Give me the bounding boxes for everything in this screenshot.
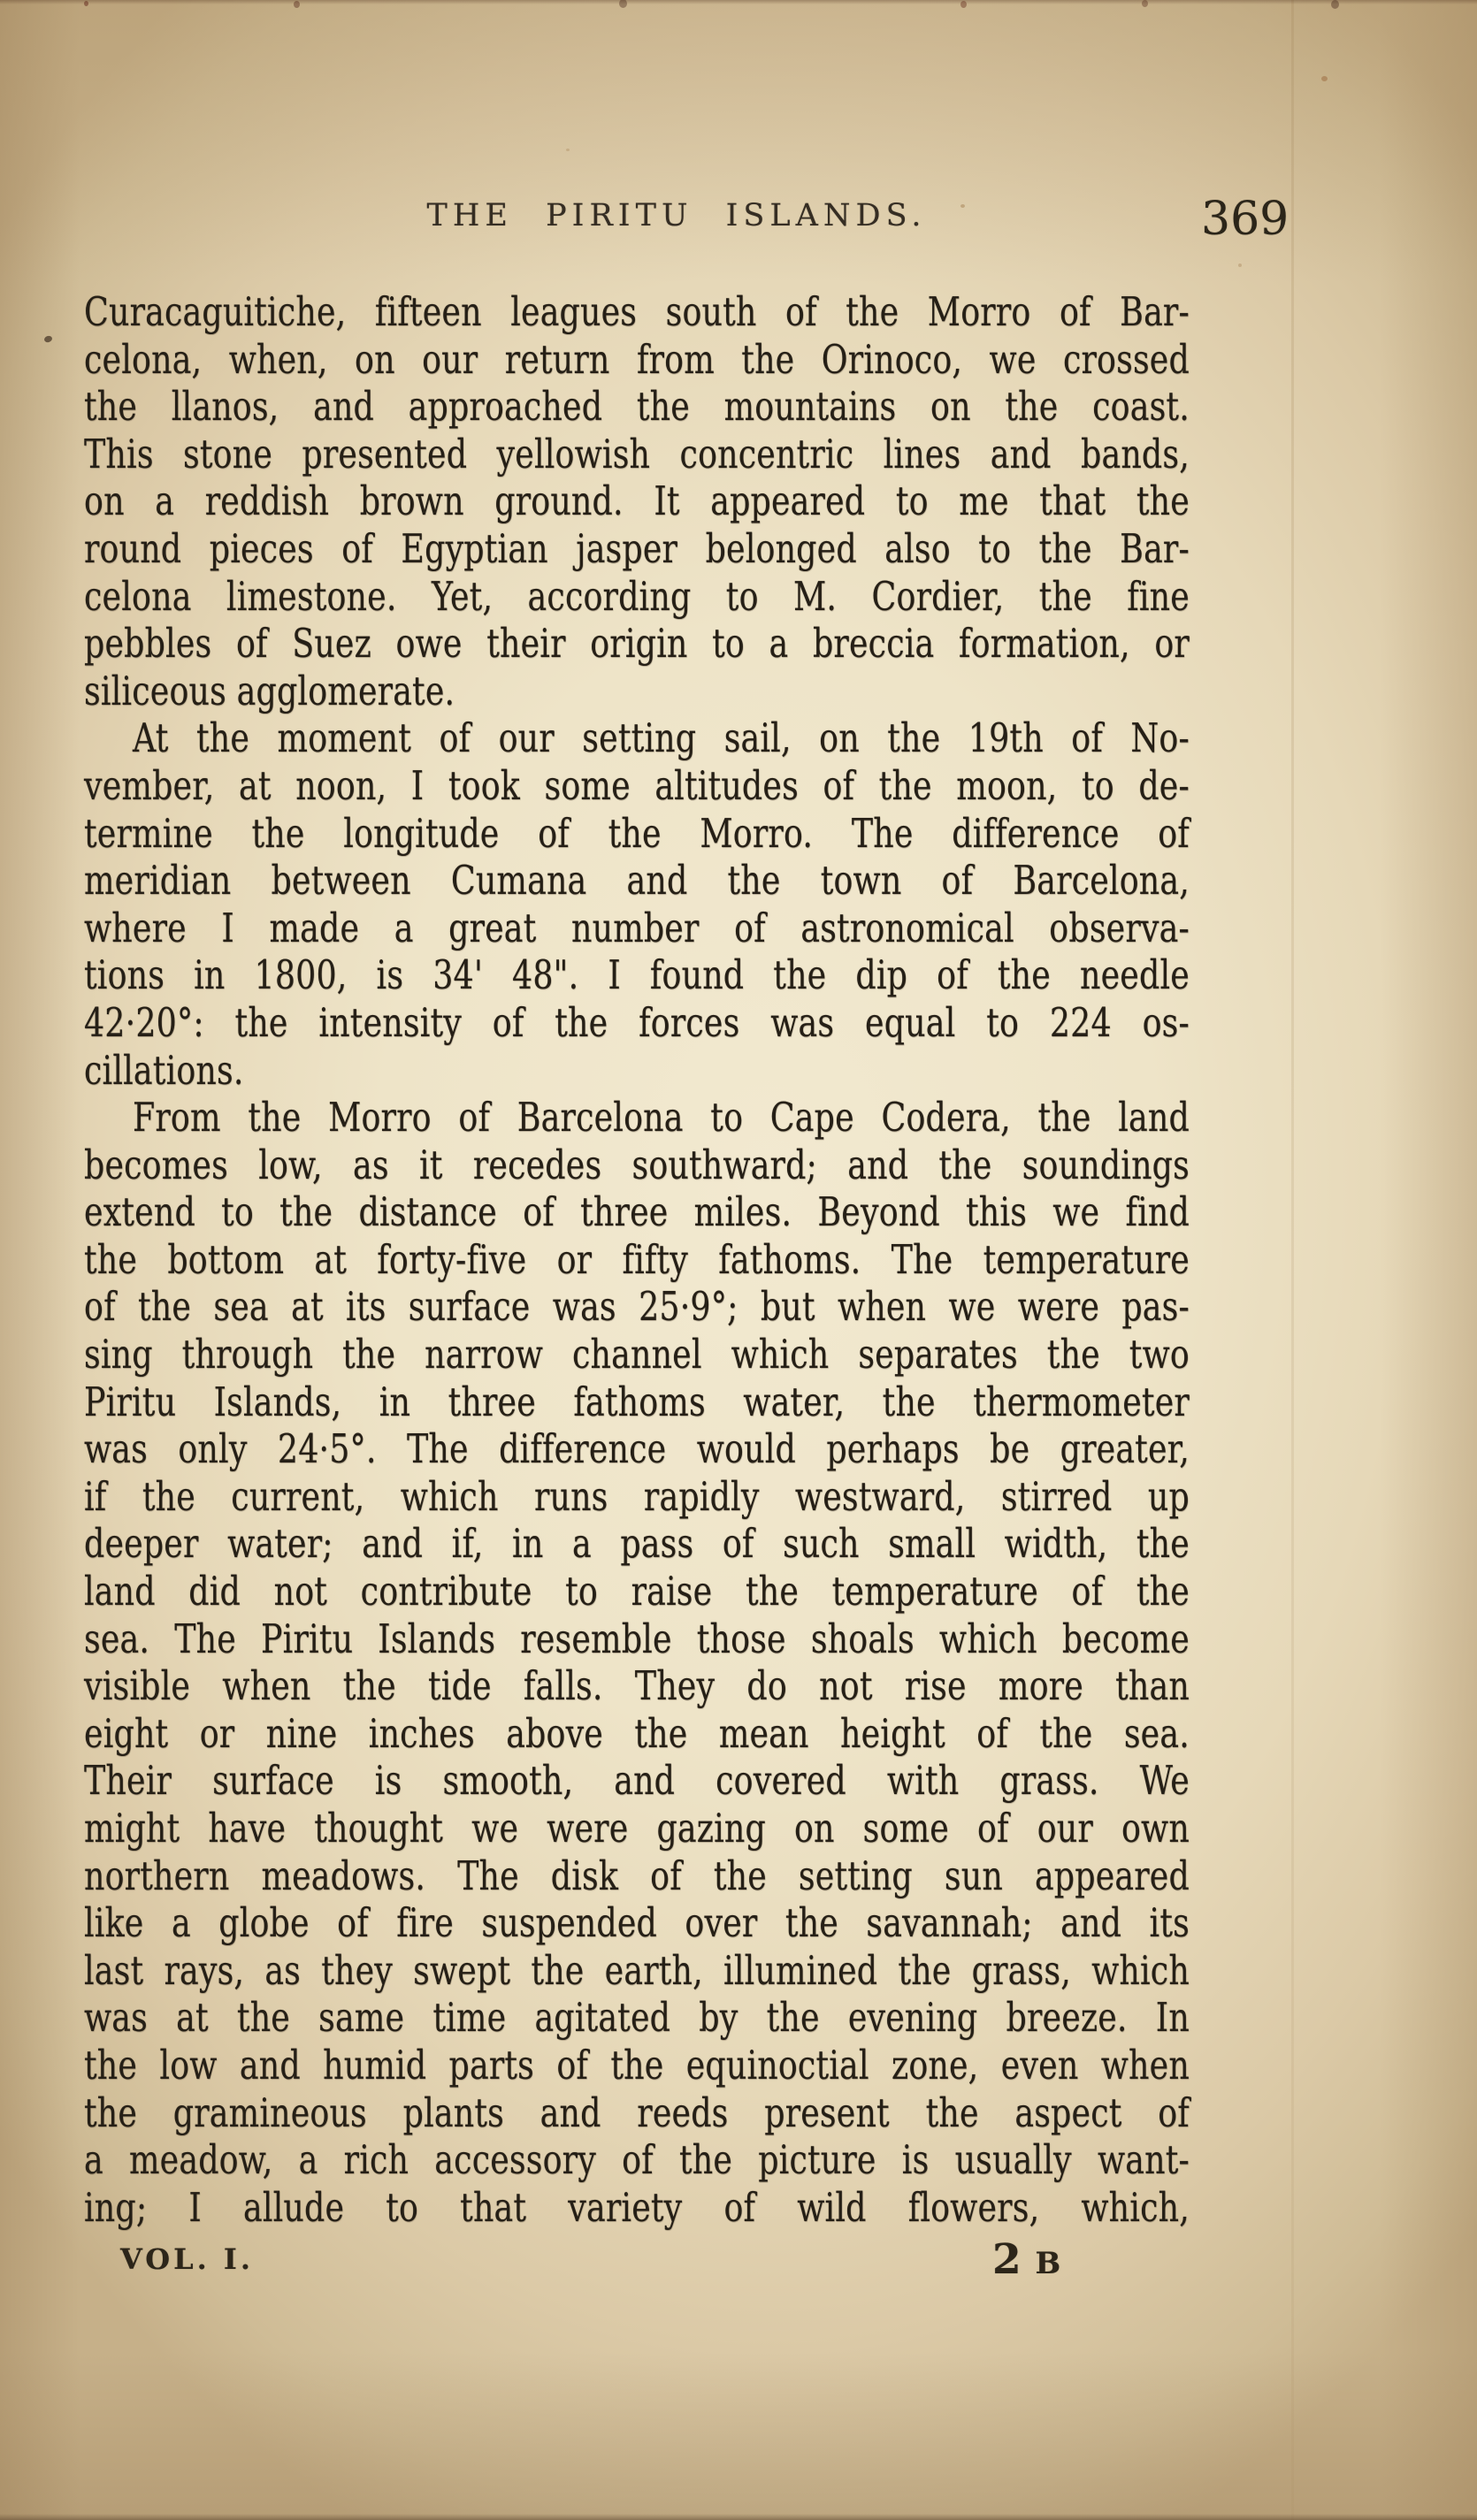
text-line: 42·20°: the intensity of the forces was … [84,999,1190,1047]
paper-speck [84,1,88,6]
text-line: meridian between Cumana and the town of … [84,857,1190,905]
text-line: northern meadows. The disk of the settin… [84,1852,1190,1900]
scanned-book-page: THE PIRITU ISLANDS. 369 Curacaguitiche, … [0,0,1477,2520]
text-line: the llanos, and approached the mountains… [84,383,1190,431]
text-line: was only 24·5°. The difference would per… [84,1425,1190,1473]
text-line: extend to the distance of three miles. B… [84,1188,1190,1236]
page-edge-crease [1291,0,1294,2520]
text-line: visible when the tide falls. They do not… [84,1662,1190,1710]
scan-edge-bottom [0,2514,1477,2520]
scan-shading-bottom [0,2352,1477,2520]
paper-speck [1238,263,1242,267]
text-line: round pieces of Egyptian jasper belonged… [84,525,1190,573]
text-line: vember, at noon, I took some altitudes o… [84,762,1190,810]
page-number: 369 [1201,193,1298,246]
text-line: ing; I allude to that variety of wild fl… [84,2184,1190,2232]
text-line: siliceous agglomerate. [84,668,1190,715]
text-line: the gramineous plants and reeds present … [84,2089,1190,2137]
text-line: of the sea at its surface was 25·9°; but… [84,1283,1190,1331]
scan-shading-right [1380,0,1477,2520]
text-line: Piritu Islands, in three fathoms water, … [84,1378,1190,1426]
text-line: sea. The Piritu Islands resemble those s… [84,1615,1190,1663]
text-line: tions in 1800, is 34' 48". I found the d… [84,951,1190,999]
scan-shading-left [0,0,80,2520]
paper-speck [566,149,570,151]
text-line: becomes low, as it recedes southward; an… [84,1142,1190,1189]
text-line: a meadow, a rich accessory of the pictur… [84,2136,1190,2184]
text-line: deeper water; and if, in a pass of such … [84,1520,1190,1568]
footer-volume-label: VOL. I. [120,2242,254,2276]
body-text-block: Curacaguitiche, fifteen leagues south of… [84,288,1190,2231]
text-line: This stone presented yellowish concentri… [84,431,1190,478]
paper-speck [1321,76,1328,81]
text-line: celona limestone. Yet, according to M. C… [84,573,1190,621]
text-line: celona, when, on our return from the Ori… [84,336,1190,384]
footer-signature-mark: 2 B [992,2235,1062,2284]
running-head-title: THE PIRITU ISLANDS. [124,198,1229,233]
text-line: like a globe of fire suspended over the … [84,1899,1190,1947]
text-line: might have thought we were gazing on som… [84,1805,1190,1852]
scan-edge-top [0,0,1477,4]
text-line: sing through the narrow channel which se… [84,1331,1190,1378]
text-line: cillations. [84,1047,1190,1095]
text-line: eight or nine inches above the mean heig… [84,1710,1190,1758]
text-line: Curacaguitiche, fifteen leagues south of… [84,288,1190,336]
text-line: At the moment of our setting sail, on th… [84,714,1190,762]
text-line: the bottom at forty-five or fifty fathom… [84,1236,1190,1284]
text-line: Their surface is smooth, and covered wit… [84,1757,1190,1805]
text-line: termine the longitude of the Morro. The … [84,810,1190,858]
text-line: if the current, which runs rapidly westw… [84,1473,1190,1521]
text-line: last rays, as they swept the earth, illu… [84,1947,1190,1995]
text-line: the low and humid parts of the equinocti… [84,2042,1190,2089]
text-line: where I made a great number of astronomi… [84,905,1190,952]
text-line: on a reddish brown ground. It appeared t… [84,477,1190,525]
text-line: From the Morro of Barcelona to Cape Code… [84,1094,1190,1142]
text-line: pebbles of Suez owe their origin to a br… [84,620,1190,668]
text-line: was at the same time agitated by the eve… [84,1994,1190,2042]
text-line: land did not contribute to raise the tem… [84,1568,1190,1615]
